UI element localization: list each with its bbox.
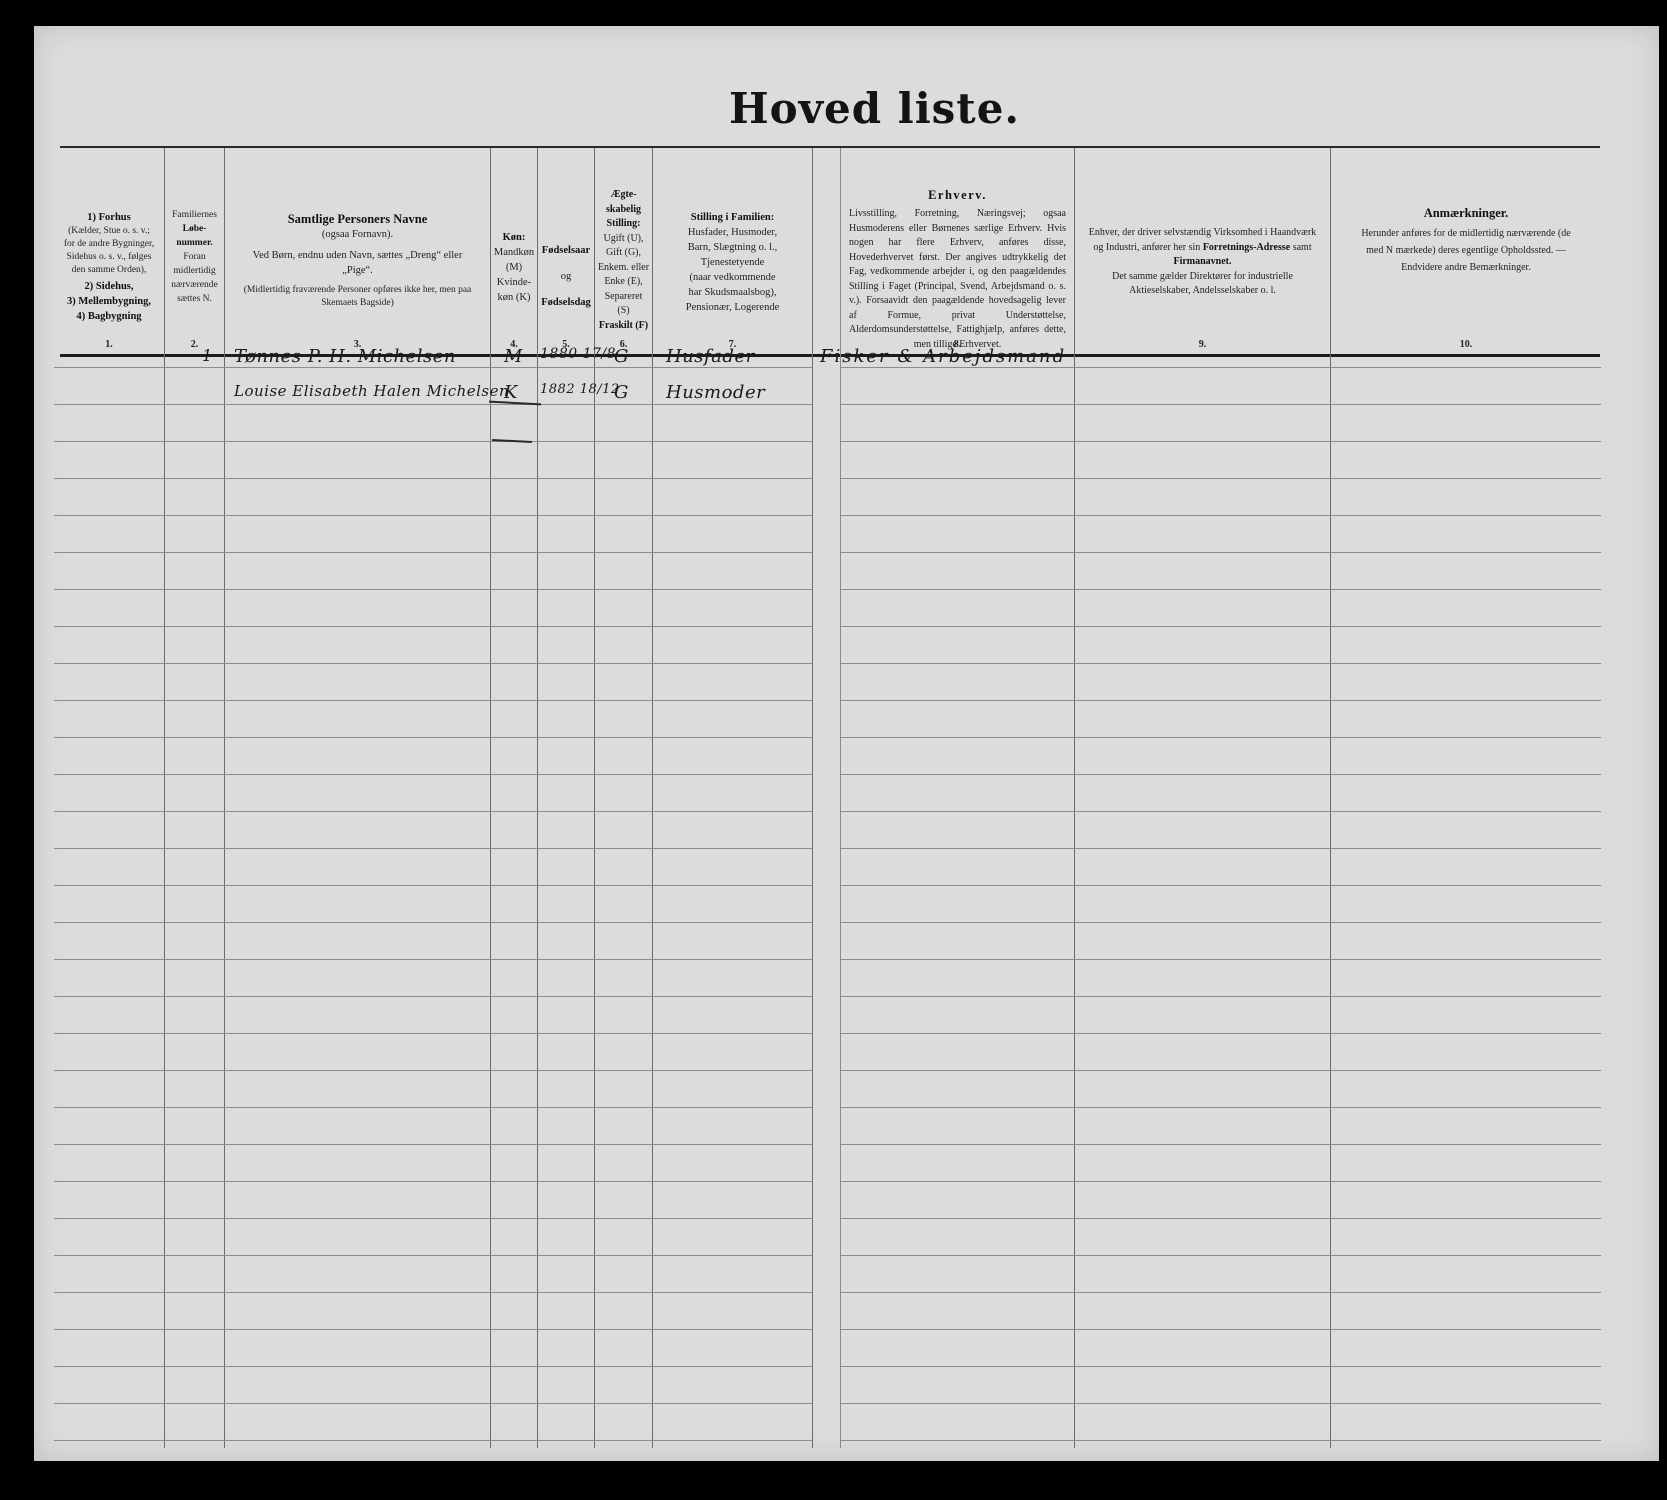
row-rule (841, 1366, 1601, 1367)
row-rule (841, 737, 1601, 738)
row-rule (54, 441, 812, 442)
row-rule (841, 1218, 1601, 1219)
row-rule (841, 626, 1601, 627)
row-rule (54, 404, 812, 405)
header-col-6: Ægte-skabelig Stilling: Ugift (U), Gift … (595, 148, 652, 354)
row-rule (54, 922, 812, 923)
header-col-5: Fødselsaar og Fødselsdag 5. (538, 148, 594, 354)
row-rule (841, 1440, 1601, 1441)
row-rule (841, 700, 1601, 701)
row-rule (54, 589, 812, 590)
row-rule (841, 1070, 1601, 1071)
header-col-2: Familiernes Løbe-nummer. Foran midlertid… (165, 148, 224, 354)
row-rule (54, 848, 812, 849)
row-rule (841, 1144, 1601, 1145)
header-col-7: Stilling i Familien: Husfader, Husmoder,… (653, 148, 812, 354)
family-role: Husmoder (666, 382, 765, 403)
row-rule (54, 515, 812, 516)
header-col-8: Erhverv. Livsstilling, Forretning, Nærin… (841, 148, 1074, 354)
row-rule (54, 1144, 812, 1145)
row-rule (841, 774, 1601, 775)
row-rule (841, 848, 1601, 849)
header-col-3: Samtlige Personers Navne (ogsaa Fornavn)… (225, 148, 490, 354)
row-rule (54, 478, 812, 479)
header-col-1: 1) Forhus (Kælder, Stue o. s. v.; for de… (54, 148, 164, 354)
person-name: Tønnes P. H. Michelsen (234, 346, 456, 367)
row-rule (54, 1107, 812, 1108)
marital-status: G (614, 382, 629, 403)
row-rule (54, 367, 812, 368)
row-rule (841, 515, 1601, 516)
row-rule (841, 922, 1601, 923)
row-rule (54, 1033, 812, 1034)
row-rule (841, 959, 1601, 960)
row-rule (54, 996, 812, 997)
row-rule (54, 1181, 812, 1182)
row-rule (54, 1440, 812, 1441)
row-rule (54, 737, 812, 738)
row-rule (841, 663, 1601, 664)
row-rule (841, 404, 1601, 405)
sex: M (504, 346, 523, 367)
birth-date: 1880 17/8 (540, 346, 616, 362)
sex: K (504, 382, 518, 403)
row-rule (841, 367, 1601, 368)
header-col-10: Anmærkninger. Herunder anføres for de mi… (1331, 148, 1601, 354)
row-rule (841, 1292, 1601, 1293)
row-rule (54, 1218, 812, 1219)
row-rule (841, 996, 1601, 997)
row-rule (54, 885, 812, 886)
row-rule (841, 1107, 1601, 1108)
row-rule (841, 1033, 1601, 1034)
row-rule (841, 478, 1601, 479)
row-rule (54, 700, 812, 701)
column-divider (812, 148, 813, 1448)
row-rule (54, 1292, 812, 1293)
census-form-page: Hoved liste. 1) Forhus (Kælder, Stue o. … (34, 26, 1659, 1461)
row-rule (54, 1070, 812, 1071)
row-rule (841, 1403, 1601, 1404)
marital-status: G (614, 346, 629, 367)
row-rule (54, 552, 812, 553)
row-rule (841, 1329, 1601, 1330)
row-rule (54, 774, 812, 775)
form-title: Hoved liste. (34, 84, 1659, 133)
row-rule (54, 811, 812, 812)
person-name: Louise Elisabeth Halen Michelsen (234, 382, 509, 400)
row-rule (54, 1366, 812, 1367)
occupation: Fisker & Arbejdsmand (820, 346, 1066, 367)
row-rule (841, 811, 1601, 812)
row-rule (841, 1255, 1601, 1256)
row-rule (54, 1403, 812, 1404)
family-role: Husfader (666, 346, 755, 367)
row-rule (841, 589, 1601, 590)
row-rule (54, 626, 812, 627)
row-rule (54, 1255, 812, 1256)
row-rule (841, 552, 1601, 553)
family-number: 1 (202, 346, 213, 365)
row-rule (841, 885, 1601, 886)
row-rule (841, 441, 1601, 442)
birth-date: 1882 18/12 (540, 382, 620, 397)
header-col-4: Køn: Mandkøn (M) Kvinde- køn (K) 4. (491, 148, 537, 354)
header-col-9: Enhver, der driver selvstændig Virksomhe… (1075, 148, 1330, 354)
row-rule (54, 959, 812, 960)
row-rule (54, 663, 812, 664)
pen-stroke (492, 439, 532, 443)
row-rule (54, 1329, 812, 1330)
row-rule (841, 1181, 1601, 1182)
